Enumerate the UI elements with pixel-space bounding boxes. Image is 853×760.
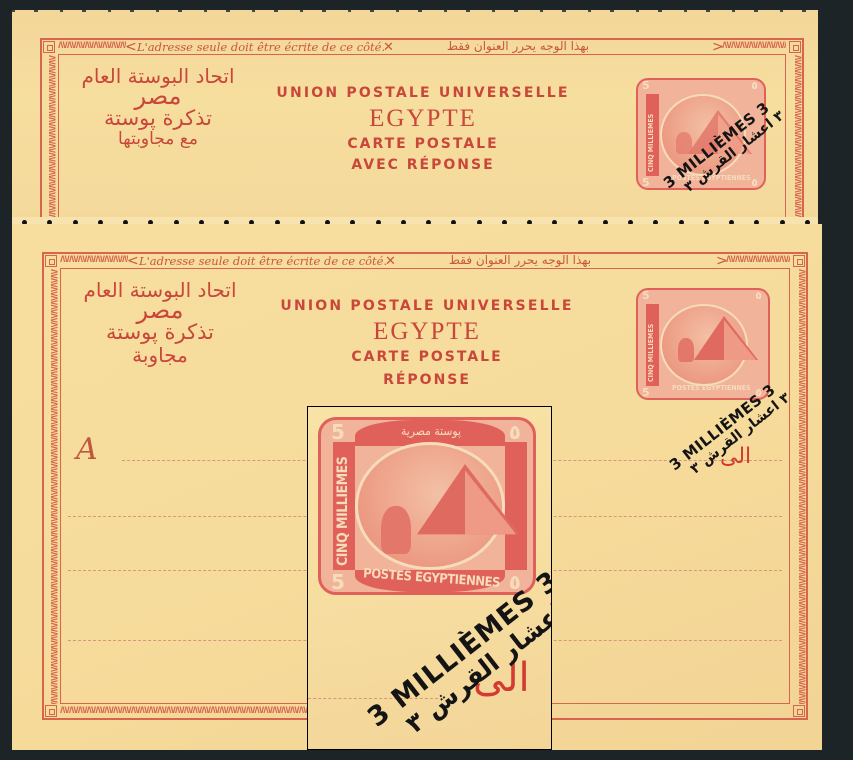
top-postcard-message: ΛVΛVΛVΛVΛVΛVΛVΛVΛVΛVΛVΛVΛVΛVΛVΛVΛVΛVΛVΛV… [12,10,818,222]
stamp-bottom-text: POSTES EGYPTIENNES [672,384,751,392]
stamp-value-numeral: 5 [642,176,650,189]
sphinx-icon [678,338,694,362]
arabic-line: تذكرة پوستة [68,108,248,129]
enlarged-stamp-inset: 5 5 ٥ ٥ CINQ MILLIEMES POSTES EGYPTIENNE… [307,406,552,750]
imprinted-stamp-enlarged: 5 5 ٥ ٥ CINQ MILLIEMES POSTES EGYPTIENNE… [318,417,536,595]
address-instruction-arabic: بهذا الوجه يحرر العنوان فقط [406,253,634,267]
border-band-right: ΛVΛVΛVΛVΛVΛVΛVΛVΛVΛVΛVΛVΛVΛVΛVΛVΛVΛVΛVΛV… [794,269,806,704]
address-instruction-arabic: بهذا الوجه يحرر العنوان فقط [404,39,632,53]
card-title-block: UNION POSTALE UNIVERSELLE EGYPTE CARTE P… [252,298,602,388]
stamp-value-numeral: 5 [331,420,345,444]
sphinx-icon [381,506,411,554]
card-type-heading: CARTE POSTALE [248,136,598,152]
cross-ornament: ✕ [383,41,394,54]
card-title-block: UNION POSTALE UNIVERSELLE EGYPTE CARTE P… [248,85,598,173]
stamp-side-text: CINQ MILLIEMES [647,324,655,382]
stamp-value-numeral: 5 [331,570,345,594]
country-heading: EGYPTE [252,318,602,346]
stamp-side-text: CINQ MILLIEMES [647,114,655,172]
stamp-value-numeral: 5 [642,386,650,399]
address-instruction-french: L'adresse seule doit être écrite de ce c… [139,254,387,268]
border-band-top-left: ΛVΛVΛVΛVΛVΛVΛVΛVΛVΛVΛVΛVΛVΛVΛVΛVΛVΛVΛVΛV… [60,255,128,267]
arabic-heading: اتحاد البوستة العام مصر تذكرة پوستة مع م… [68,66,248,148]
sphinx-icon [676,132,692,154]
stamp-value-numeral: 5 [642,79,650,92]
cross-ornament: ✕ [385,255,396,268]
stamp-value-arabic: ٥ [755,289,762,302]
pyramid-icon [417,464,519,534]
arabic-heading: اتحاد البوستة العام مصر تذكرة پوستة مجاو… [70,280,250,365]
stamp-value-arabic: ٥ [751,79,758,92]
stamp-value-numeral: 5 [642,289,650,302]
address-instruction-french: L'adresse seule doit être écrite de ce c… [137,40,385,54]
imprinted-stamp: 5 5 ٥ ٥ CINQ MILLIEMES POSTES EGYPTIENNE… [636,288,770,400]
border-band-top-right: ΛVΛVΛVΛVΛVΛVΛVΛVΛVΛVΛVΛVΛVΛVΛVΛVΛVΛVΛVΛV… [726,255,790,267]
chevron-ornament: < [127,255,139,267]
card-type-heading: CARTE POSTALE [252,349,602,365]
reply-heading: RÉPONSE [252,372,602,388]
chevron-ornament: < [125,41,137,53]
corner-ornament [793,255,805,267]
pyramid-icon [694,316,758,360]
border-band-top-right: ΛVΛVΛVΛVΛVΛVΛVΛVΛVΛVΛVΛVΛVΛVΛVΛVΛVΛVΛVΛV… [722,41,786,53]
union-postale-heading: UNION POSTALE UNIVERSELLE [248,85,598,101]
union-postale-heading: UNION POSTALE UNIVERSELLE [252,298,602,314]
corner-ornament [45,255,57,267]
border-band-right: ΛVΛVΛVΛVΛVΛVΛVΛVΛVΛVΛVΛVΛVΛVΛVΛVΛVΛVΛVΛV… [790,55,802,225]
address-prefix-a: A [76,432,98,467]
border-band-left: ΛVΛVΛVΛVΛVΛVΛVΛVΛVΛVΛVΛVΛVΛVΛVΛVΛVΛVΛVΛV… [46,269,58,704]
stamp-top-arabic: پوستة مصرية [401,424,461,438]
corner-ornament [43,41,55,53]
arabic-line: مجاوبة [70,345,250,365]
corner-ornament [793,705,805,717]
reply-heading: AVEC RÉPONSE [248,157,598,173]
country-heading: EGYPTE [248,105,598,133]
border-band-top-left: ΛVΛVΛVΛVΛVΛVΛVΛVΛVΛVΛVΛVΛVΛVΛVΛVΛVΛVΛVΛV… [58,41,126,53]
stamp-value-arabic: ٥ [509,420,521,444]
corner-ornament [45,705,57,717]
arabic-line: مع مجاوبتها [68,131,248,148]
arabic-line: تذكرة پوستة [70,322,250,343]
corner-ornament [789,41,801,53]
border-band-left: ΛVΛVΛVΛVΛVΛVΛVΛVΛVΛVΛVΛVΛVΛVΛVΛVΛVΛVΛVΛV… [44,55,56,225]
stamp-side-text: CINQ MILLIEMES [335,457,351,566]
torn-top-edge [12,8,818,12]
stamp-value-arabic: ٥ [751,176,758,189]
